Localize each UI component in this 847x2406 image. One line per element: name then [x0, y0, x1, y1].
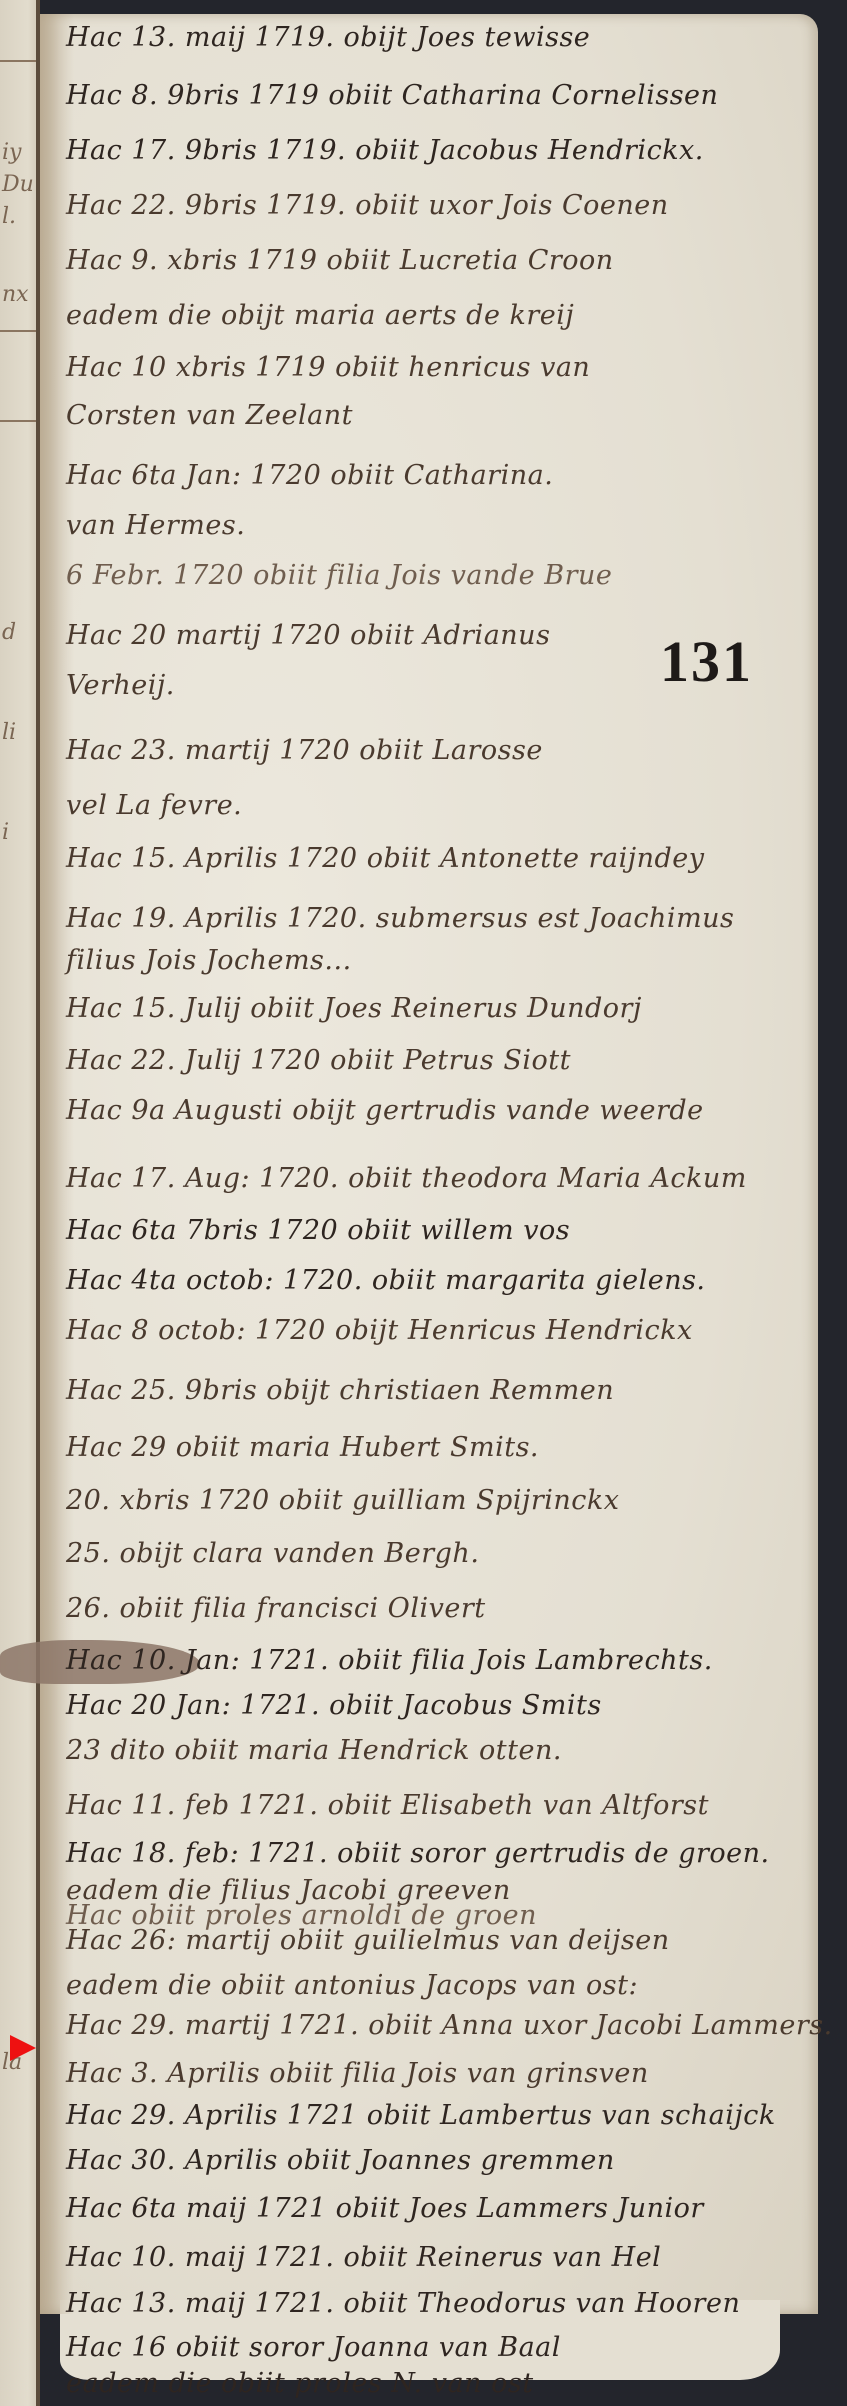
register-entry: Hac 3. Aprilis obiit filia Jois van grin…: [66, 2058, 649, 2089]
register-entry: filius Jois Jochems...: [66, 945, 352, 976]
register-entry: vel La fevre.: [66, 790, 242, 821]
register-entry: Hac 20 Jan: 1721. obiit Jacobus Smits: [66, 1690, 602, 1721]
register-entry: Hac 15. Julij obiit Joes Reinerus Dundor…: [66, 993, 642, 1024]
register-entry: Hac 9. xbris 1719 obiit Lucretia Croon: [66, 245, 614, 276]
register-entry: Hac 11. feb 1721. obiit Elisabeth van Al…: [66, 1790, 709, 1821]
register-entry: Hac 13. maij 1721. obiit Theodorus van H…: [66, 2288, 740, 2319]
register-entry: Hac 19. Aprilis 1720. submersus est Joac…: [66, 903, 734, 934]
register-entry: 23 dito obiit maria Hendrick otten.: [66, 1735, 562, 1766]
register-entry: Hac 22. 9bris 1719. obiit uxor Jois Coen…: [66, 190, 669, 221]
register-entry: Hac 10. Jan: 1721. obiit filia Jois Lamb…: [66, 1645, 713, 1676]
register-entry: eadem die obijt maria aerts de kreij: [66, 300, 574, 331]
red-pointer-marker-icon: [10, 2035, 36, 2061]
margin-rule: [0, 330, 36, 332]
margin-rule: [0, 60, 36, 62]
register-entry: 6 Febr. 1720 obiit filia Jois vande Brue: [66, 560, 612, 591]
register-entry: Hac 8 octob: 1720 obijt Henricus Hendric…: [66, 1315, 693, 1346]
margin-fragment: nx: [2, 282, 29, 307]
register-entry: Verheij.: [66, 670, 175, 701]
register-entry: Hac 4ta octob: 1720. obiit margarita gie…: [66, 1265, 706, 1296]
register-entry: Hac 25. 9bris obijt christiaen Remmen: [66, 1375, 614, 1406]
margin-fragment: li: [2, 720, 16, 745]
register-entry: Hac 30. Aprilis obiit Joannes gremmen: [66, 2145, 615, 2176]
register-entry: Hac 6ta 7bris 1720 obiit willem vos: [66, 1215, 570, 1246]
register-entry: Hac 6ta maij 1721 obiit Joes Lammers Jun…: [66, 2193, 704, 2224]
register-entry: 20. xbris 1720 obiit guilliam Spijrinckx: [66, 1485, 619, 1516]
margin-fragment: i: [2, 820, 9, 845]
register-entry: Corsten van Zeelant: [66, 400, 353, 431]
register-entry: Hac 8. 9bris 1719 obiit Catharina Cornel…: [66, 80, 718, 111]
margin-fragment: Du: [2, 172, 34, 197]
register-entry: Hac 26: martij obiit guilielmus van deij…: [66, 1925, 670, 1956]
register-entry: Hac 29. martij 1721. obiit Anna uxor Jac…: [66, 2010, 833, 2041]
register-entry: Hac 10. maij 1721. obiit Reinerus van He…: [66, 2242, 661, 2273]
register-entry: Hac 18. feb: 1721. obiit soror gertrudis…: [66, 1838, 770, 1869]
register-entry: Hac 13. maij 1719. obijt Joes tewisse: [66, 22, 590, 53]
register-entry: eadem die obiit antonius Jacops van ost:: [66, 1970, 638, 2001]
register-entry: eadem die obiit proles N. van ost: [66, 2368, 534, 2399]
register-entry: Hac 17. 9bris 1719. obiit Jacobus Hendri…: [66, 135, 704, 166]
register-entry: Hac 17. Aug: 1720. obiit theodora Maria …: [66, 1163, 747, 1194]
register-entry: Hac 29 obiit maria Hubert Smits.: [66, 1432, 539, 1463]
register-entry: Hac 20 martij 1720 obiit Adrianus: [66, 620, 550, 651]
register-entry: Hac 6ta Jan: 1720 obiit Catharina.: [66, 460, 553, 491]
folio-number: 131: [660, 628, 753, 695]
register-entry: van Hermes.: [66, 510, 245, 541]
register-entry: Hac 9a Augusti obijt gertrudis vande wee…: [66, 1095, 704, 1126]
register-entry: Hac 10 xbris 1719 obiit henricus van: [66, 352, 590, 383]
margin-rule: [0, 420, 36, 422]
register-entry: 25. obijt clara vanden Bergh.: [66, 1538, 479, 1569]
register-entry: Hac 16 obiit soror Joanna van Baal: [66, 2332, 561, 2363]
register-entry: Hac 23. martij 1720 obiit Larosse: [66, 735, 543, 766]
margin-fragment: d: [2, 620, 16, 645]
margin-fragment: iy: [2, 140, 21, 165]
margin-fragment: l.: [2, 204, 16, 229]
register-entry: 26. obiit filia francisci Olivert: [66, 1593, 486, 1624]
register-entry: Hac 15. Aprilis 1720 obiit Antonette rai…: [66, 843, 704, 874]
register-entry: Hac 29. Aprilis 1721 obiit Lambertus van…: [66, 2100, 776, 2131]
register-entry: Hac 22. Julij 1720 obiit Petrus Siott: [66, 1045, 571, 1076]
